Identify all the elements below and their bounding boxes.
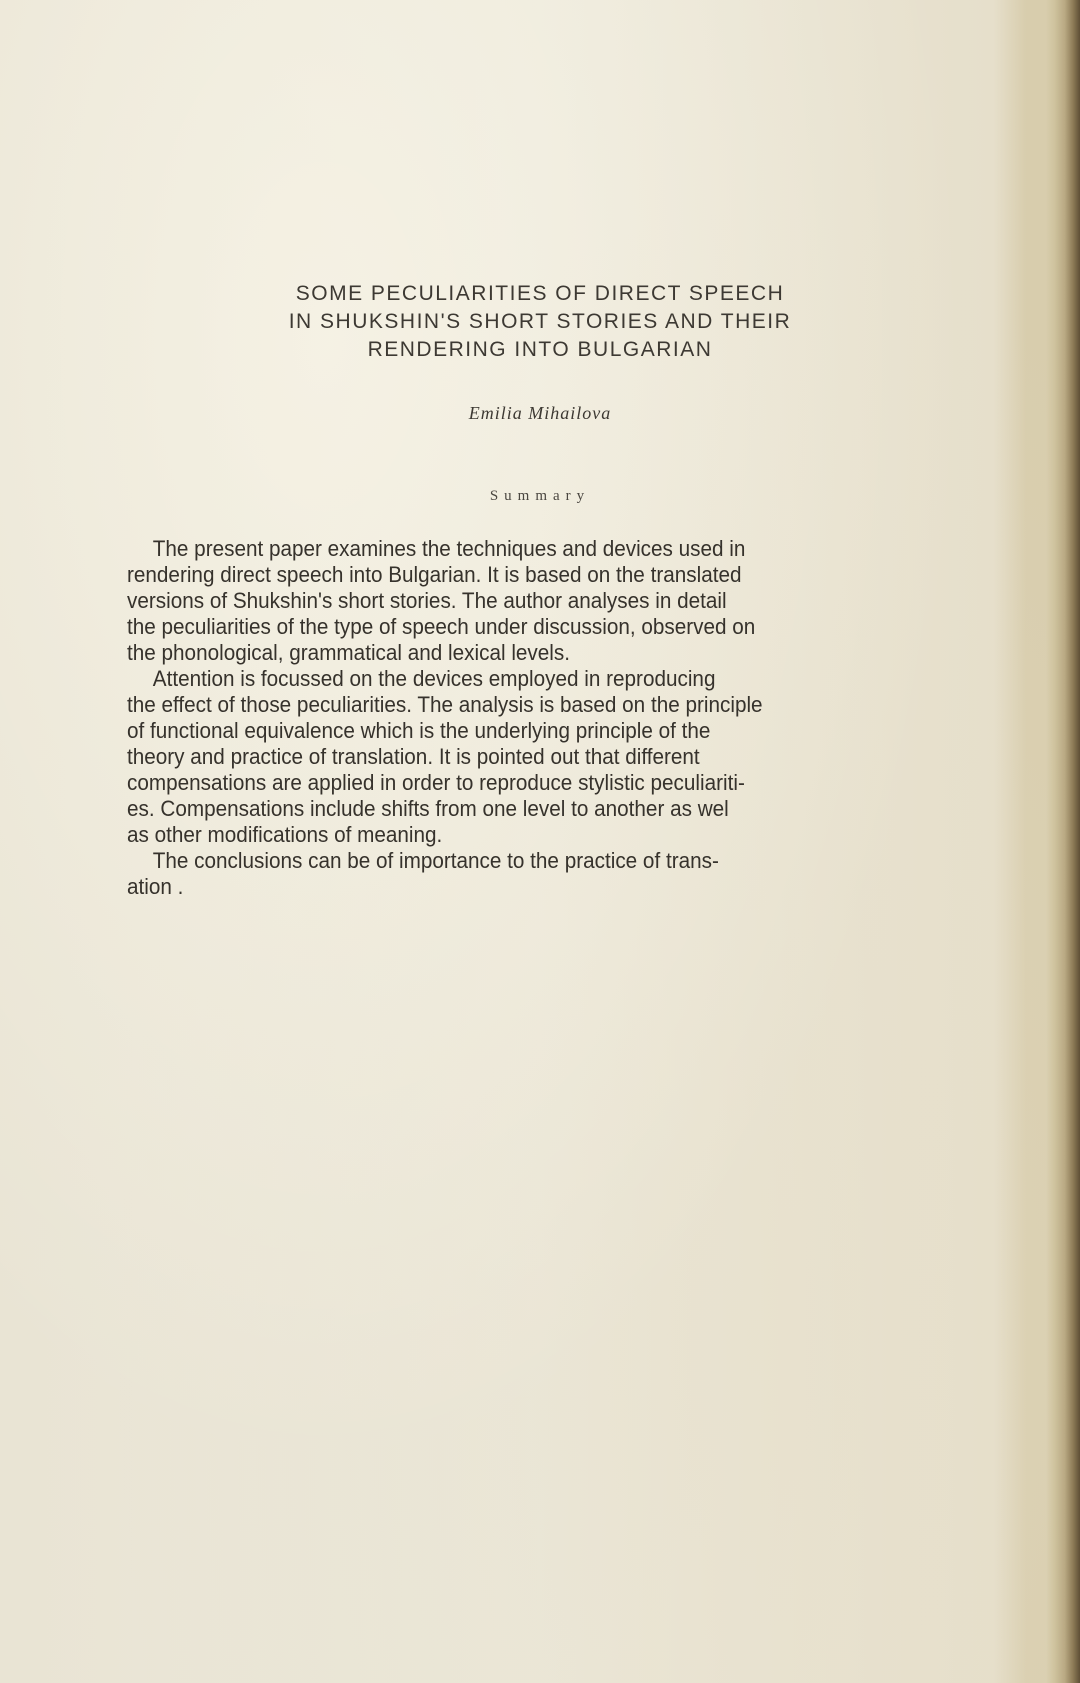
body-line: rendering direct speech into Bulgarian. …	[127, 562, 949, 588]
body-line: ation .	[127, 874, 949, 900]
scanned-page: SOME PECULIARITIES OF DIRECT SPEECH IN S…	[0, 0, 1080, 1683]
body-line: es. Compensations include shifts from on…	[127, 796, 949, 822]
article-title: SOME PECULIARITIES OF DIRECT SPEECH IN S…	[0, 280, 1080, 364]
body-line: The conclusions can be of importance to …	[127, 848, 949, 874]
author-name: Emilia Mihailova	[0, 403, 1080, 424]
body-line: of functional equivalence which is the u…	[127, 718, 949, 744]
body-line: The present paper examines the technique…	[127, 536, 949, 562]
body-line: the peculiarities of the type of speech …	[127, 614, 949, 640]
title-line-2: IN SHUKSHIN'S SHORT STORIES AND THEIR	[0, 308, 1080, 336]
section-heading: Summary	[0, 488, 1080, 505]
body-line: the effect of those peculiarities. The a…	[127, 692, 949, 718]
body-line: theory and practice of translation. It i…	[127, 744, 949, 770]
body-line: compensations are applied in order to re…	[127, 770, 949, 796]
summary-body: The present paper examines the technique…	[127, 536, 949, 900]
body-line: Attention is focussed on the devices emp…	[127, 666, 949, 692]
title-line-3: RENDERING INTO BULGARIAN	[0, 336, 1080, 364]
body-line: the phonological, grammatical and lexica…	[127, 640, 949, 666]
body-line: versions of Shukshin's short stories. Th…	[127, 588, 949, 614]
page-edge-shadow	[1046, 0, 1080, 1683]
title-line-1: SOME PECULIARITIES OF DIRECT SPEECH	[0, 280, 1080, 308]
body-line: as other modifications of meaning.	[127, 822, 949, 848]
